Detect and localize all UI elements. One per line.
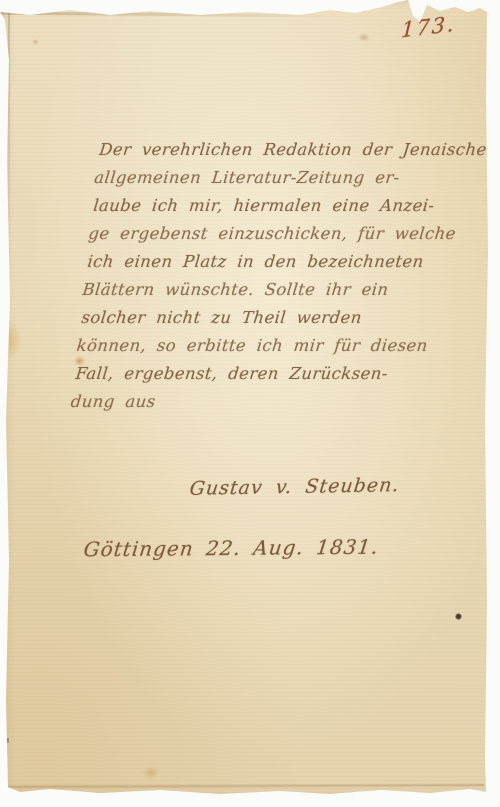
letter-page: 173. Der verehrlichen Redaktion der Jena… [0,0,500,807]
signature: Gustav v. Steuben. [188,474,400,500]
handwriting-line: Blättern wünschte. Sollte ihr ein [81,276,438,304]
fold-crease-top [0,12,345,17]
handwriting-line: solcher nicht zu Theil werden [80,304,435,332]
paper-edge-nick [0,738,9,743]
stain-spot [358,33,370,42]
handwriting-line: Fall, ergebenst, deren Zurücksen- [74,360,429,388]
handwriting-line: laube ich mir, hiermalen eine Anzei- [92,192,447,220]
stain-spot [0,320,22,360]
ink-spot [455,613,462,620]
handwriting-line: Der verehrlichen Redaktion der Jenaische… [98,136,453,164]
fold-crease-bottom [4,783,484,789]
folio-number: 173. [401,11,457,42]
handwriting-line: können, so erbitte ich mir für diesen [75,332,432,360]
letter-body: Der verehrlichen Redaktion der Jenaische… [71,136,452,416]
scan-background: 173. Der verehrlichen Redaktion der Jena… [0,0,500,807]
stain-spot [32,39,39,45]
handwriting-line: allgemeinen Literatur-Zeitung er- [93,164,450,192]
dateline: Göttingen 22. Aug. 1831. [82,535,380,562]
handwriting-line: ich einen Platz in den bezeichneten [86,248,441,276]
handwriting-line: dung aus [69,388,426,416]
handwriting-line: ge ergebenst einzuschicken, für welche [87,220,444,248]
fold-crease-left [8,0,10,300]
stain-spot [142,766,160,779]
